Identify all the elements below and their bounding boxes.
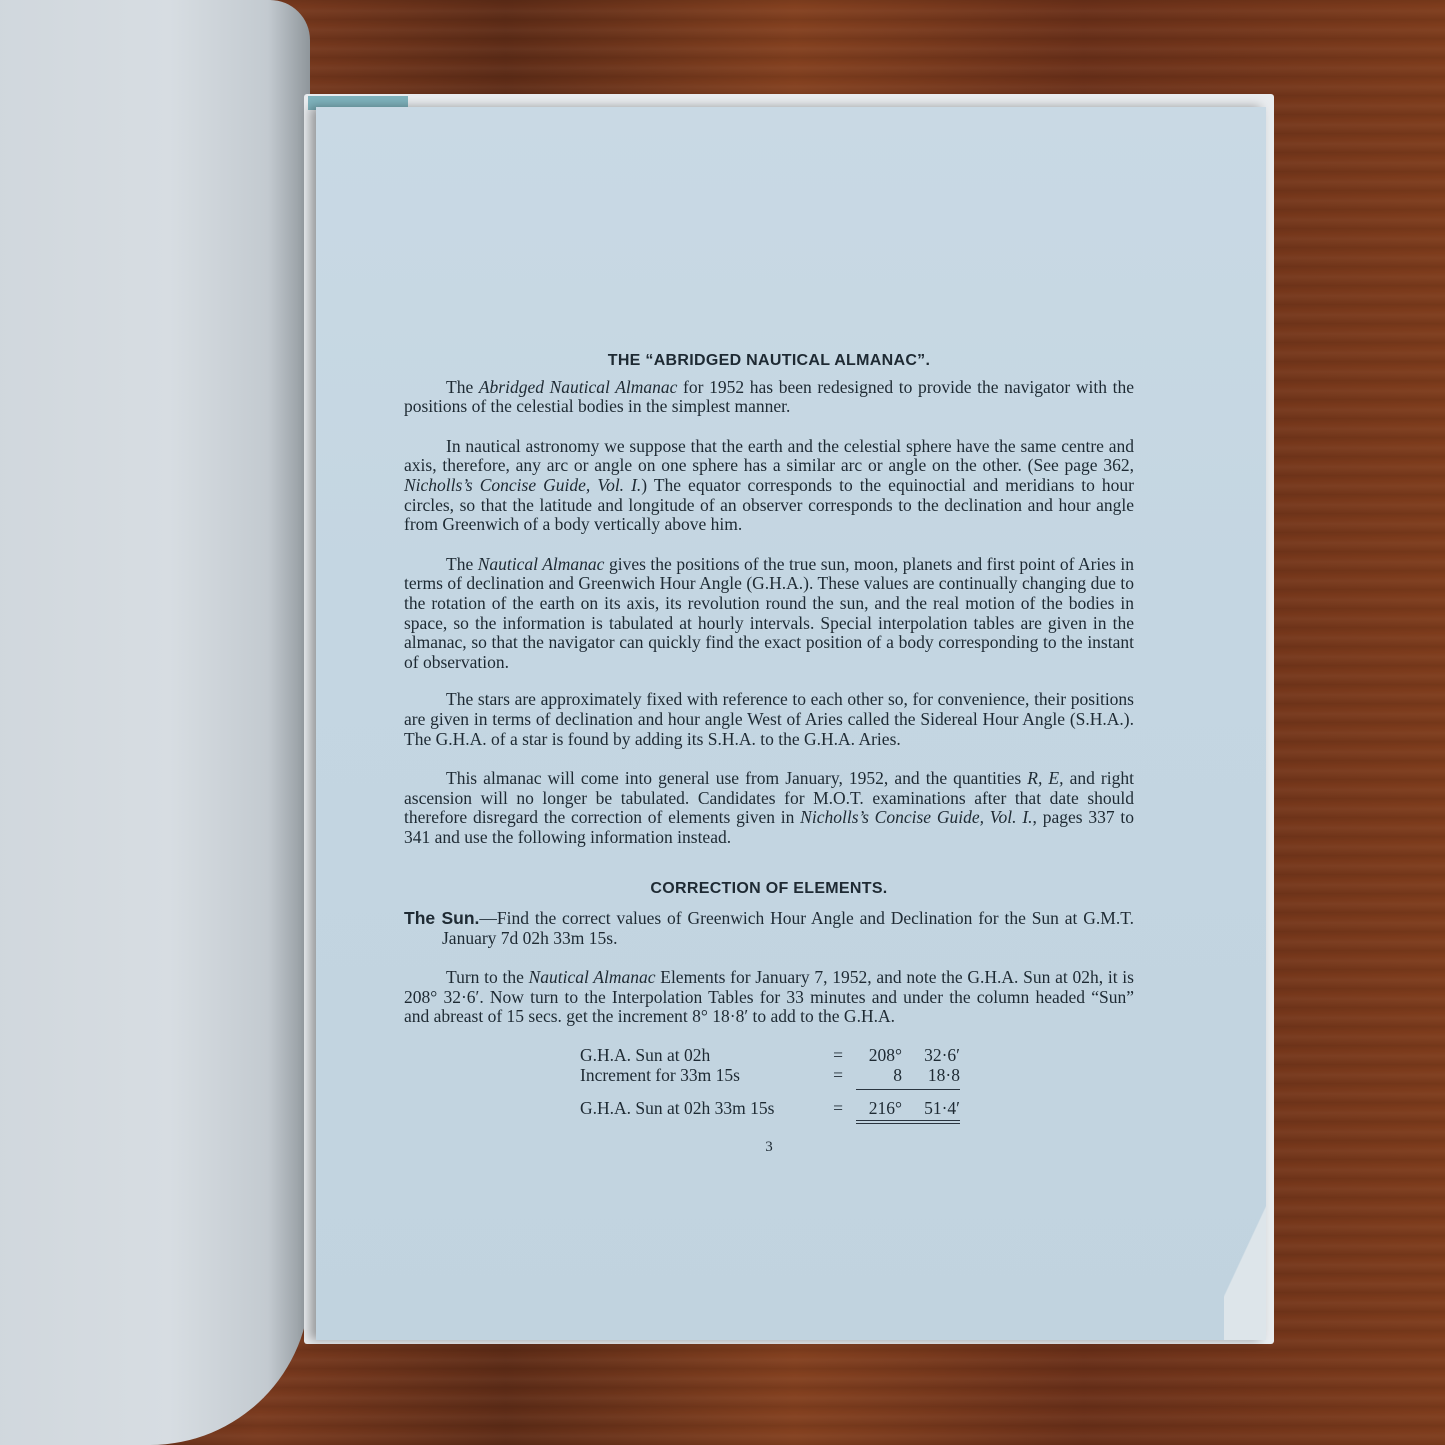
- sum-rule: [856, 1089, 960, 1090]
- paragraph-stars: The stars are approximately fixed with r…: [404, 690, 1134, 749]
- sun-label: The Sun.: [404, 908, 479, 928]
- book-page: THE “ABRIDGED NAUTICAL ALMANAC”. The Abr…: [316, 107, 1266, 1340]
- calc-label: G.H.A. Sun at 02h: [580, 1045, 820, 1065]
- page-title: THE “ABRIDGED NAUTICAL ALMANAC”.: [404, 351, 1134, 371]
- calc-minutes: 51·4′: [902, 1098, 960, 1118]
- calc-row: Increment for 33m 15s = 8 18·8: [580, 1065, 960, 1085]
- text: This almanac will come into general use …: [446, 768, 1027, 788]
- calc-minutes: 18·8: [902, 1065, 960, 1085]
- paragraph-the-sun: The Sun.—Find the correct values of Gree…: [404, 909, 1134, 948]
- paragraph-nautical-astronomy: In nautical astronomy we suppose that th…: [404, 437, 1134, 535]
- calc-degrees: 208°: [856, 1045, 902, 1065]
- text: In nautical astronomy we suppose that th…: [404, 436, 1134, 476]
- italic-text: R, E,: [1027, 768, 1063, 788]
- calc-row: G.H.A. Sun at 02h = 208° 32·6′: [580, 1045, 960, 1065]
- text: The stars are approximately fixed with r…: [404, 689, 1134, 748]
- paragraph-turn-to: Turn to the Nautical Almanac Elements fo…: [404, 968, 1134, 1027]
- total-double-rule: [856, 1120, 960, 1124]
- italic-text: Nicholls’s Concise Guide, Vol. I.: [404, 475, 641, 495]
- left-facing-page: [0, 0, 310, 1445]
- folded-page-corner: [1224, 1160, 1266, 1340]
- calc-equals: =: [820, 1098, 856, 1118]
- italic-text: Nautical Almanac: [529, 967, 656, 987]
- paragraph-general-use: This almanac will come into general use …: [404, 769, 1134, 847]
- calc-minutes: 32·6′: [902, 1045, 960, 1065]
- text: —Find the correct values of Greenwich Ho…: [442, 908, 1134, 948]
- calc-label: G.H.A. Sun at 02h 33m 15s: [580, 1098, 820, 1118]
- gha-calculation: G.H.A. Sun at 02h = 208° 32·6′ Increment…: [580, 1045, 960, 1124]
- calc-degrees: 8: [856, 1065, 902, 1085]
- italic-text: Nautical Almanac: [478, 554, 605, 574]
- section-heading: CORRECTION OF ELEMENTS.: [404, 879, 1134, 899]
- calc-label: Increment for 33m 15s: [580, 1065, 820, 1085]
- page-content: THE “ABRIDGED NAUTICAL ALMANAC”. The Abr…: [404, 351, 1134, 1158]
- text: The: [446, 554, 478, 574]
- paragraph-intro: The Abridged Nautical Almanac for 1952 h…: [404, 378, 1134, 417]
- calc-equals: =: [820, 1045, 856, 1065]
- italic-text: Nicholls’s Concise Guide, Vol. I.: [800, 807, 1032, 827]
- text: Turn to the: [446, 967, 529, 987]
- page-number: 3: [404, 1138, 1134, 1158]
- calc-total-row: G.H.A. Sun at 02h 33m 15s = 216° 51·4′: [580, 1098, 960, 1118]
- text: The: [446, 377, 479, 397]
- paragraph-nautical-almanac: The Nautical Almanac gives the positions…: [404, 555, 1134, 673]
- italic-text: Abridged Nautical Almanac: [479, 377, 678, 397]
- calc-degrees: 216°: [856, 1098, 902, 1118]
- calc-equals: =: [820, 1065, 856, 1085]
